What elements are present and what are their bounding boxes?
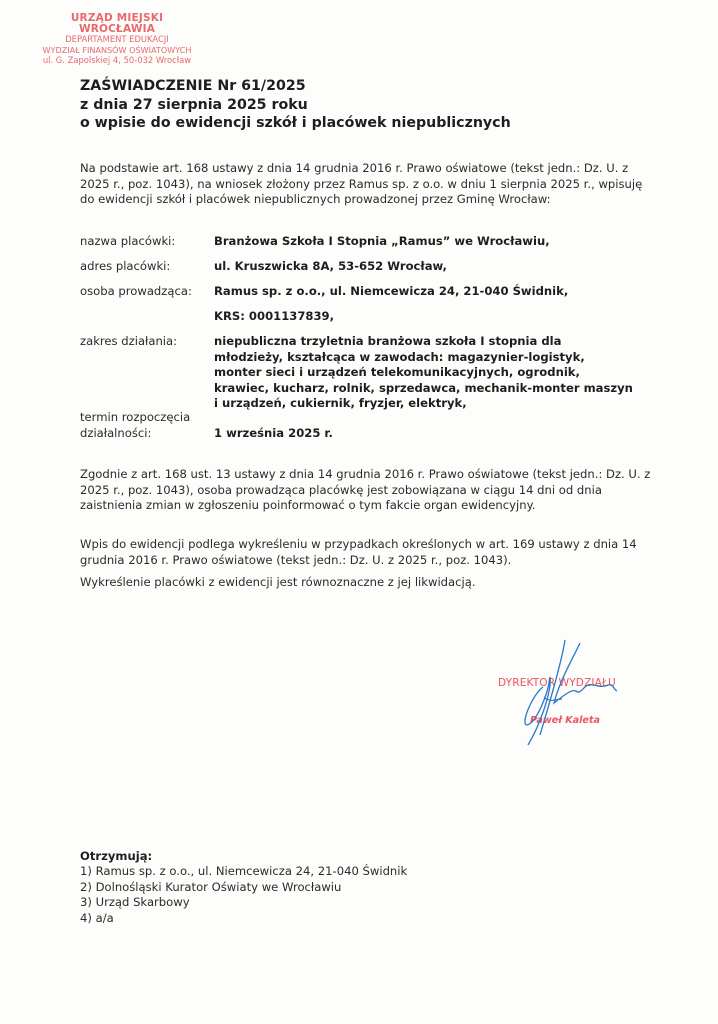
field-name: nazwa placówki: Branżowa Szkoła I Stopni… — [80, 234, 550, 250]
document-title: ZAŚWIADCZENIE Nr 61/2025 z dnia 27 sierp… — [80, 77, 511, 133]
field-value: KRS: 0001137839, — [214, 309, 334, 325]
field-label: zakres działania: — [80, 334, 214, 412]
recipient-item: 2) Dolnośląski Kurator Oświaty we Wrocła… — [80, 880, 407, 895]
recipient-item: 3) Urząd Skarbowy — [80, 895, 407, 910]
office-stamp: URZĄD MIEJSKI WROCŁAWIA DEPARTAMENT EDUK… — [32, 13, 202, 66]
field-value: Branżowa Szkoła I Stopnia „Ramus” we Wro… — [214, 234, 550, 250]
intro-paragraph: Na podstawie art. 168 ustawy z dnia 14 g… — [80, 161, 655, 208]
field-label-line2: działalności: — [80, 426, 151, 440]
liquidation-paragraph: Wykreślenie placówki z ewidencji jest ró… — [80, 575, 655, 591]
field-label: nazwa placówki: — [80, 234, 214, 250]
removal-paragraph: Wpis do ewidencji podlega wykreśleniu w … — [80, 537, 655, 568]
stamp-line-department: DEPARTAMENT EDUKACJI — [32, 34, 202, 45]
handwritten-signature-icon — [480, 625, 660, 750]
field-start-date: termin rozpoczęcia działalności: 1 wrześ… — [80, 410, 333, 441]
recipient-item: 1) Ramus sp. z o.o., ul. Niemcewicza 24,… — [80, 864, 407, 879]
obligation-paragraph: Zgodnie z art. 168 ust. 13 ustawy z dnia… — [80, 467, 655, 514]
certificate-page: URZĄD MIEJSKI WROCŁAWIA DEPARTAMENT EDUK… — [0, 0, 718, 1024]
field-label: adres placówki: — [80, 259, 214, 275]
stamp-line-address: ul. G. Zapolskiej 4, 50-032 Wrocław — [32, 55, 202, 66]
field-address: adres placówki: ul. Kruszwicka 8A, 53-65… — [80, 259, 447, 275]
title-subject: o wpisie do ewidencji szkół i placówek n… — [80, 114, 511, 133]
field-value: 1 września 2025 r. — [214, 426, 333, 442]
recipient-item: 4) a/a — [80, 911, 407, 926]
field-krs: KRS: 0001137839, — [80, 309, 334, 325]
field-label-line1: termin rozpoczęcia — [80, 410, 190, 424]
stamp-line-office: URZĄD MIEJSKI WROCŁAWIA — [32, 13, 202, 34]
field-value: niepubliczna trzyletnia branżowa szkoła … — [214, 334, 634, 412]
recipients-list: Otrzymują: 1) Ramus sp. z o.o., ul. Niem… — [80, 849, 407, 926]
field-label: osoba prowadząca: — [80, 284, 214, 300]
recipients-heading: Otrzymują: — [80, 849, 407, 864]
field-label: termin rozpoczęcia działalności: — [80, 410, 214, 441]
field-value: Ramus sp. z o.o., ul. Niemcewicza 24, 21… — [214, 284, 568, 300]
stamp-line-division: WYDZIAŁ FINANSÓW OŚWIATOWYCH — [32, 45, 202, 56]
title-date: z dnia 27 sierpnia 2025 roku — [80, 96, 511, 115]
field-scope: zakres działania: niepubliczna trzyletni… — [80, 334, 634, 412]
field-value: ul. Kruszwicka 8A, 53-652 Wrocław, — [214, 259, 447, 275]
field-operator: osoba prowadząca: Ramus sp. z o.o., ul. … — [80, 284, 568, 300]
field-label — [80, 309, 214, 325]
signature-block: DYREKTOR WYDZIAŁU Paweł Kaleta — [480, 625, 660, 750]
title-number: ZAŚWIADCZENIE Nr 61/2025 — [80, 77, 511, 96]
